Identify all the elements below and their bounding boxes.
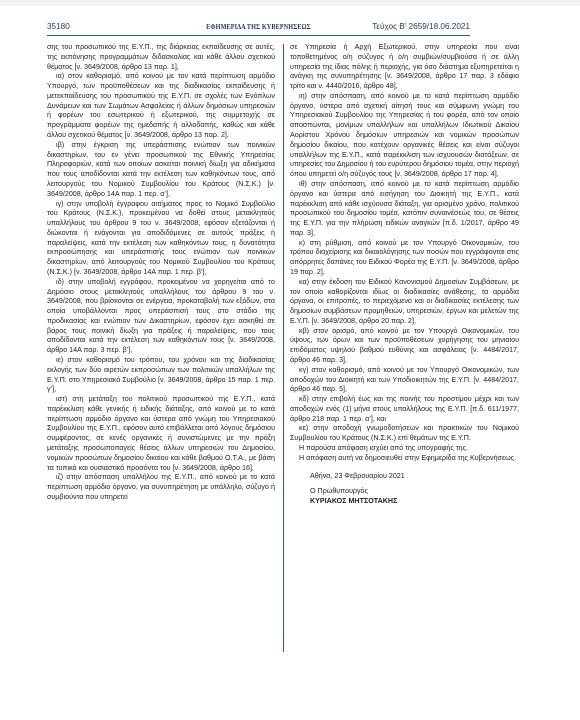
paragraph: κβ) στον ορισμό, από κοινού με τον Υπουρ… [290,327,519,366]
signatory-name: ΚΥΡΙΑΚΟΣ ΜΗΤΣΟΤΑΚΗΣ [290,497,519,507]
header-rule [47,35,470,36]
paragraph: κα) στην έκδοση του Ειδικού Κανονισμού Δ… [290,278,519,327]
paragraph: ιγ) στην υποβολή έγγραφου αιτήματος προς… [47,200,275,278]
issue-info: Τεύχος Β’ 2659/18.06.2021 [372,22,470,31]
page-header: 35180 ΕΦΗΜΕΡΙΔΑ ΤΗΣ ΚΥΒΕΡΝΗΣΕΩΣ Τεύχος Β… [47,22,470,34]
column-divider [283,44,284,652]
page-number: 35180 [47,22,70,31]
paragraph: ιστ) στη μετάταξη του πολιτικού προσωπικ… [47,395,275,473]
signatory-role: Ο Πρωθυπουργός [290,487,519,497]
paragraph: ια) στον καθορισμό, από κοινού με τον κα… [47,72,275,140]
paragraph: σε Υπηρεσία ή Αρχή Εξωτερικού, στην υπηρ… [290,43,519,92]
paragraph: Η απόφαση αυτή να δημοσιευθεί στην Εφημε… [290,454,519,464]
paragraph: κ) στη ρύθμιση, από κοινού με τον Υπουργ… [290,239,519,278]
right-column: σε Υπηρεσία ή Αρχή Εξωτερικού, στην υπηρ… [290,43,519,507]
place-date: Αθήνα, 23 Φεβρουαρίου 2021 [290,472,519,482]
paragraph: κε) στην αποδοχή γνωμοδοτήσεων και πρακτ… [290,424,519,444]
paragraph: ιε) στον καθορισμό του τρόπου, του χρόνο… [47,356,275,395]
signature-block: Αθήνα, 23 Φεβρουαρίου 2021 Ο Πρωθυπουργό… [290,472,519,507]
paragraph: ιθ) στην απόσπαση, από κοινού με το κατά… [290,180,519,239]
paragraph: Η παρούσα απόφαση ισχύει από της υπογραφ… [290,444,519,454]
paragraph: κγ) στον καθορισμό, από κοινού με τον Υπ… [290,366,519,395]
paragraph: ιζ) στην απόσπαση υπαλλήλου της Ε.Υ.Π., … [47,473,275,502]
paragraph: ιβ) στην έγκριση της υπεράσπισης ενώπιον… [47,141,275,200]
paragraph: σης του προσωπικού της Ε.Υ.Π., της διάρκ… [47,43,275,72]
paragraph: ιδ) στην υποβολή εγγράφου, προκειμένου ν… [47,278,275,356]
viewer-top-bar [0,0,580,6]
left-column: σης του προσωπικού της Ε.Υ.Π., της διάρκ… [47,43,275,503]
paragraph: ιη) στην απόσπαση, από κοινού με το κατά… [290,92,519,180]
paragraph: κδ) στην επιβολή έως και της ποινής του … [290,395,519,424]
